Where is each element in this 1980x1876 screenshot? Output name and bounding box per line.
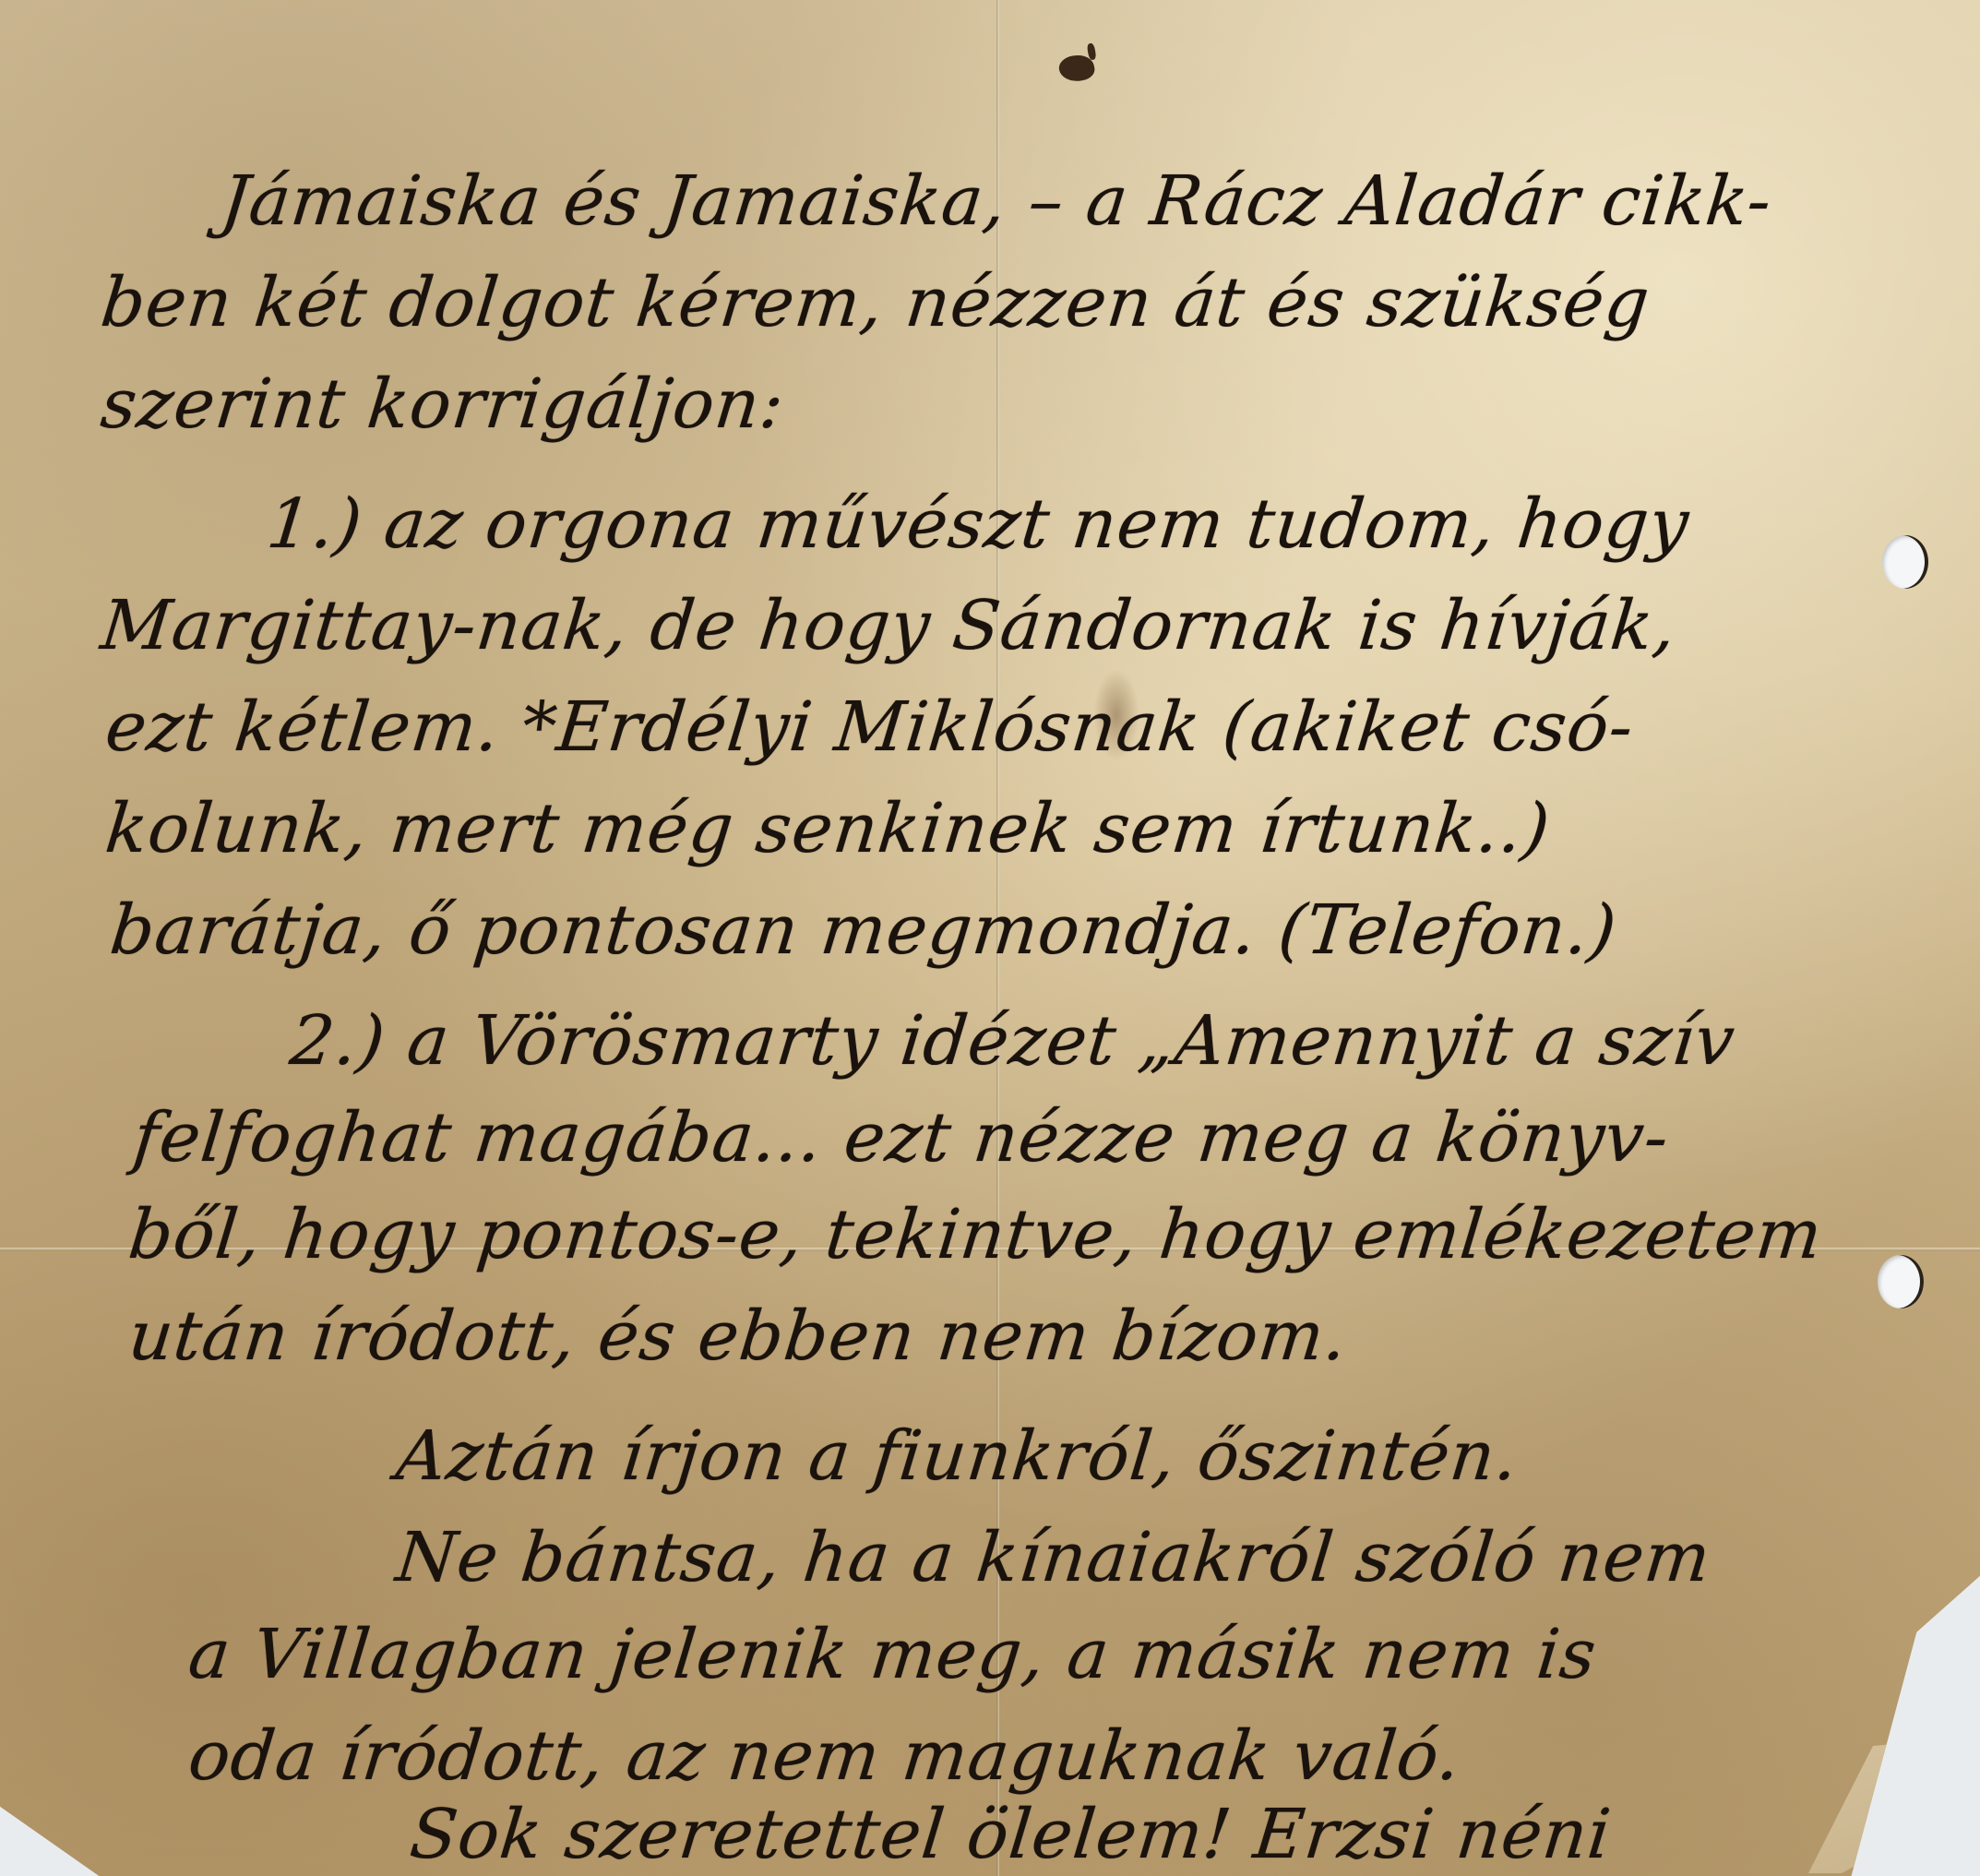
letter-line: a Villagban jelenik meg, a másik nem is — [185, 1615, 1600, 1694]
letter-line: kolunk, mert még senkinek sem írtunk..) — [101, 789, 1554, 868]
letter-line: után íródott, és ebben nem bízom. — [125, 1296, 1351, 1376]
letter-line: felfoghat magába... ezt nézze meg a köny… — [129, 1098, 1673, 1177]
letter-line: Ne bántsa, ha a kínaiakról szóló nem — [392, 1518, 1714, 1597]
letter-line: 1.) az orgona művészt nem tudom, hogy — [263, 484, 1693, 564]
letter-line: oda íródott, az nem maguknak való. — [185, 1716, 1464, 1796]
letter-line: szerint korrigáljon: — [97, 364, 788, 444]
letter-line: Sok szeretettel ölelem! Erzsi néni — [406, 1795, 1615, 1874]
letter-line: ezt kétlem. *Erdélyi Miklósnak (akiket c… — [101, 687, 1637, 767]
letter-line: Margittay-nak, de hogy Sándornak is hívj… — [97, 586, 1680, 665]
letter-line: barátja, ő pontosan megmondja. (Telefon.… — [106, 890, 1620, 970]
letter-line: ben két dolgot kérem, nézzen át és szüks… — [97, 263, 1653, 342]
letter-page: Jámaiska és Jamaiska, – a Rácz Aladár ci… — [0, 0, 1980, 1876]
letter-line: 2.) a Vörösmarty idézet „Amennyit a szív — [286, 1001, 1738, 1081]
letter-line: ből, hogy pontos-e, tekintve, hogy emlék… — [125, 1195, 1826, 1274]
letter-line: Jámaiska és Jamaiska, – a Rácz Aladár ci… — [217, 161, 1775, 241]
letter-body: Jámaiska és Jamaiska, – a Rácz Aladár ci… — [0, 0, 1980, 1876]
letter-line: Aztán írjon a fiunkról, őszintén. — [392, 1416, 1521, 1496]
